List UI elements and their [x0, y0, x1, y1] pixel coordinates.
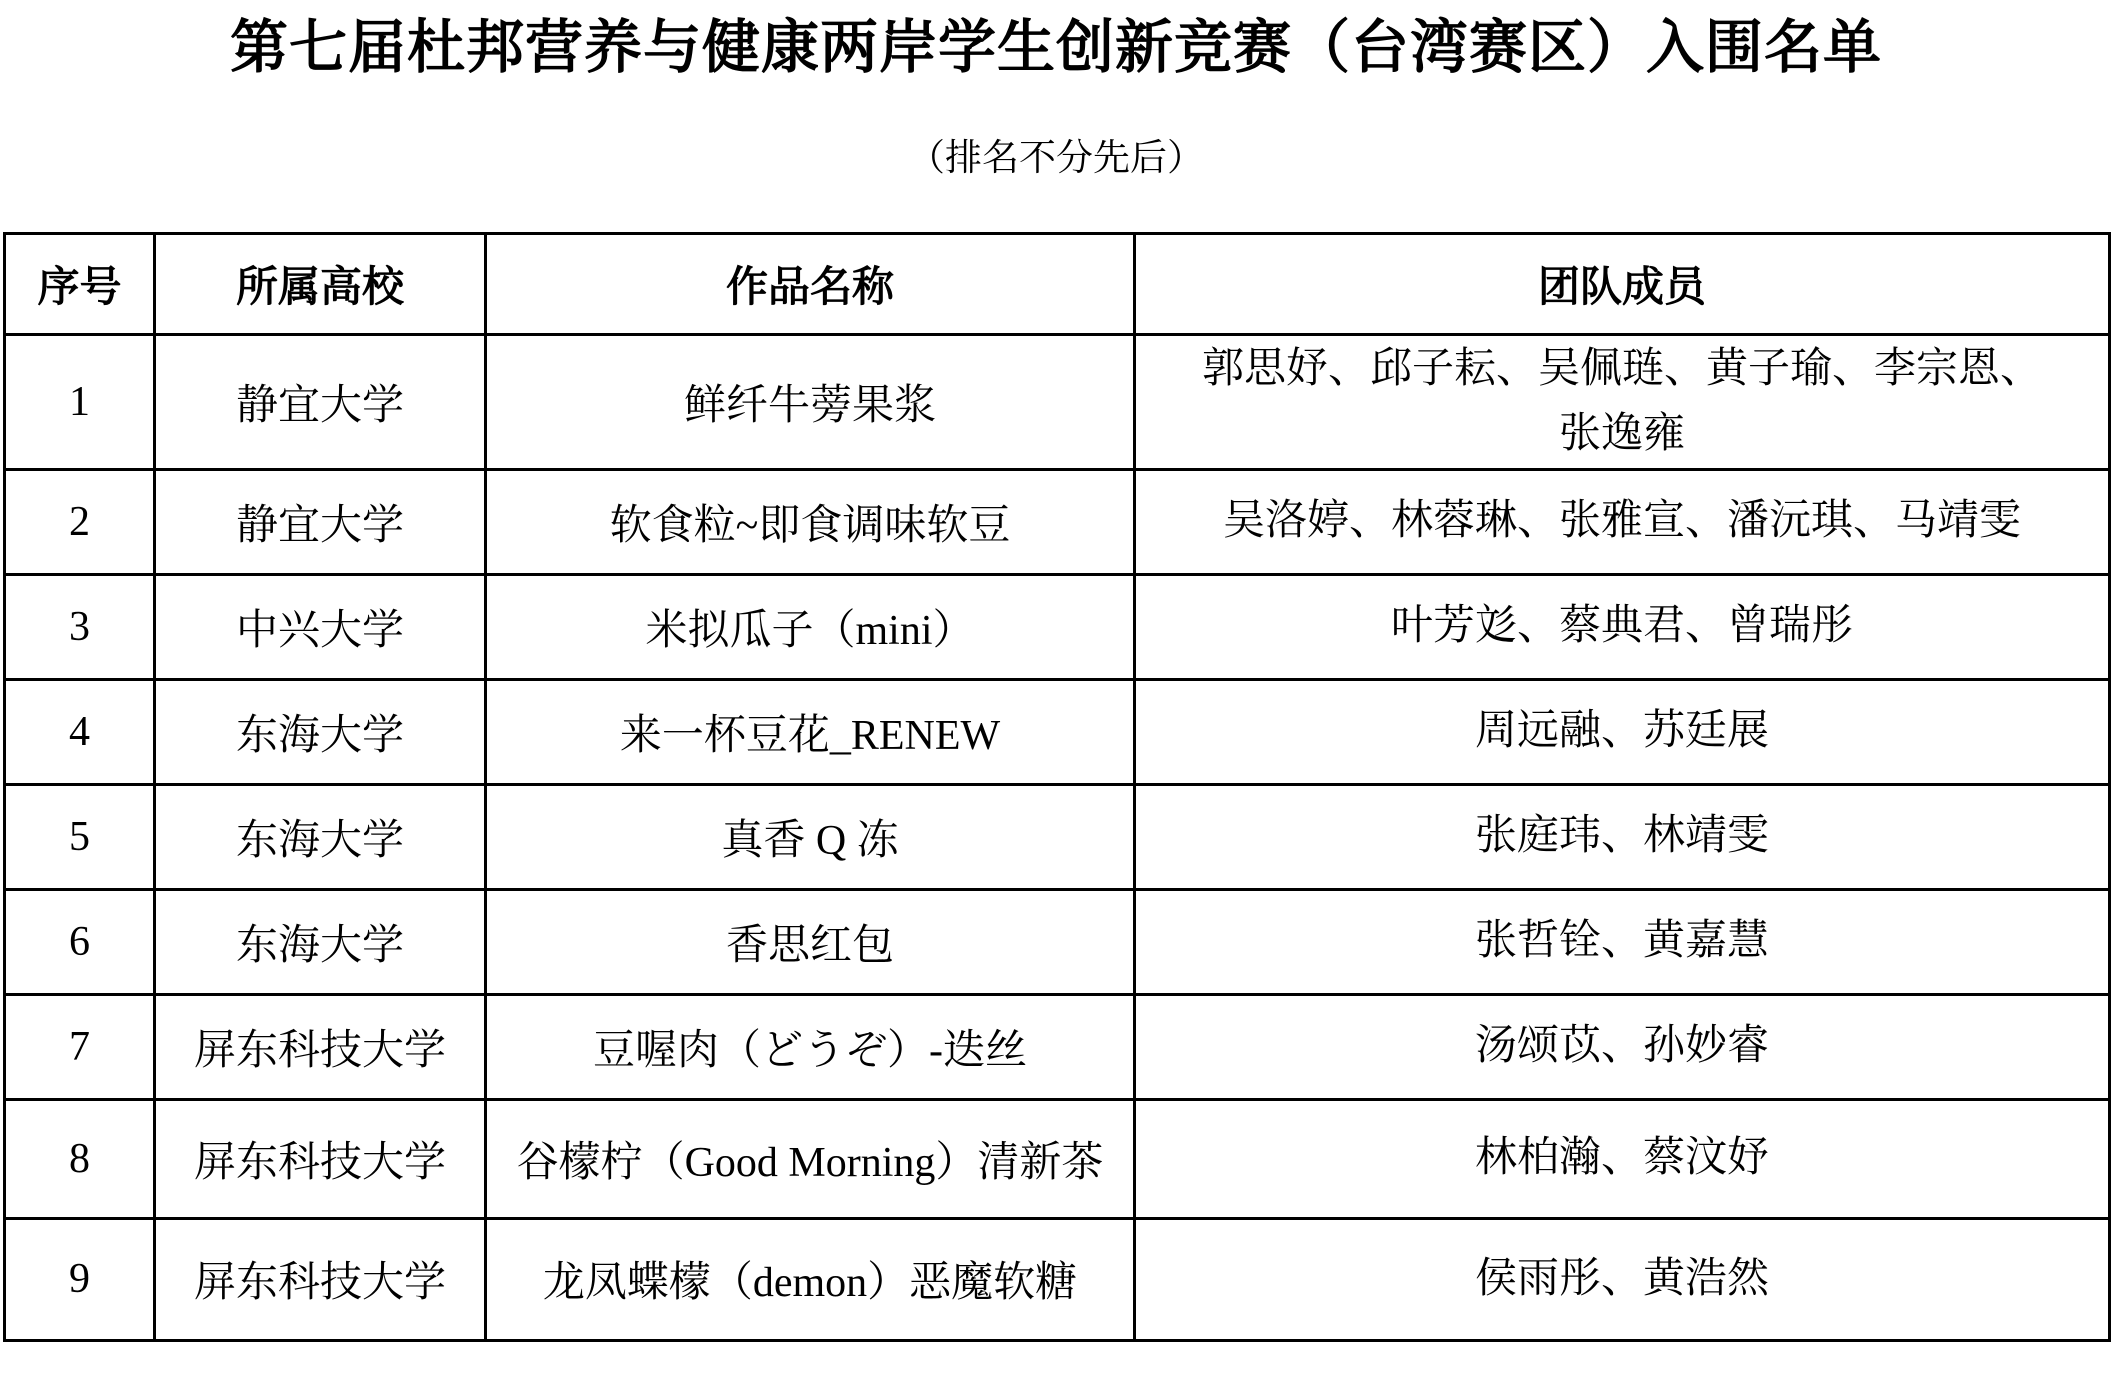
university-cell: 中兴大学 [155, 574, 486, 679]
team-members-cell: 林柏瀚、蔡汶妤 [1135, 1099, 2110, 1218]
work-name-cell: 来一杯豆花_RENEW [486, 679, 1135, 784]
table-row: 2 静宜大学 软食粒~即食调味软豆 吴洛婷、林蓉琳、张雅宣、潘沅琪、马靖雯 [5, 469, 2110, 574]
university-cell: 屏东科技大学 [155, 994, 486, 1099]
work-name-cell: 鲜纤牛蒡果浆 [486, 334, 1135, 469]
serial-number-cell: 9 [5, 1218, 155, 1340]
table-row: 8 屏东科技大学 谷檬柠（Good Morning）清新茶 林柏瀚、蔡汶妤 [5, 1099, 2110, 1218]
serial-number-cell: 3 [5, 574, 155, 679]
serial-number-cell: 6 [5, 889, 155, 994]
table-row: 4 东海大学 来一杯豆花_RENEW 周远融、苏廷展 [5, 679, 2110, 784]
page-subtitle: （排名不分先后） [0, 137, 2112, 181]
work-name-cell: 谷檬柠（Good Morning）清新茶 [486, 1099, 1135, 1218]
serial-number-cell: 1 [5, 334, 155, 469]
table-row: 7 屏东科技大学 豆喔肉（どうぞ）-迭丝 汤颂苡、孙妙睿 [5, 994, 2110, 1099]
serial-number-cell: 8 [5, 1099, 155, 1218]
university-cell: 东海大学 [155, 679, 486, 784]
table-row: 1 静宜大学 鲜纤牛蒡果浆 郭思妤、邱子耘、吴佩琏、黄子瑜、李宗恩、 张逸雍 [5, 334, 2110, 469]
header-team-members: 团队成员 [1135, 233, 2110, 334]
university-cell: 屏东科技大学 [155, 1099, 486, 1218]
university-cell: 静宜大学 [155, 334, 486, 469]
team-members-cell: 郭思妤、邱子耘、吴佩琏、黄子瑜、李宗恩、 张逸雍 [1135, 334, 2110, 469]
team-members-cell: 汤颂苡、孙妙睿 [1135, 994, 2110, 1099]
team-members-cell: 吴洛婷、林蓉琳、张雅宣、潘沅琪、马靖雯 [1135, 469, 2110, 574]
work-name-cell: 豆喔肉（どうぞ）-迭丝 [486, 994, 1135, 1099]
header-work-name: 作品名称 [486, 233, 1135, 334]
team-members-cell: 侯雨彤、黄浩然 [1135, 1218, 2110, 1340]
serial-number-cell: 5 [5, 784, 155, 889]
team-members-cell: 周远融、苏廷展 [1135, 679, 2110, 784]
work-name-cell: 香思红包 [486, 889, 1135, 994]
table-row: 9 屏东科技大学 龙凤蝶檬（demon）恶魔软糖 侯雨彤、黄浩然 [5, 1218, 2110, 1340]
table-header-row: 序号 所属高校 作品名称 团队成员 [5, 233, 2110, 334]
header-serial-number: 序号 [5, 233, 155, 334]
university-cell: 屏东科技大学 [155, 1218, 486, 1340]
university-cell: 静宜大学 [155, 469, 486, 574]
work-name-cell: 米拟瓜子（mini） [486, 574, 1135, 679]
serial-number-cell: 4 [5, 679, 155, 784]
table-row: 5 东海大学 真香 Q 冻 张庭玮、林靖雯 [5, 784, 2110, 889]
finalists-table: 序号 所属高校 作品名称 团队成员 1 静宜大学 鲜纤牛蒡果浆 郭思妤、邱子耘、… [3, 232, 2111, 1342]
table-row: 3 中兴大学 米拟瓜子（mini） 叶芳彣、蔡典君、曾瑞彤 [5, 574, 2110, 679]
serial-number-cell: 2 [5, 469, 155, 574]
team-members-cell: 张哲铨、黄嘉慧 [1135, 889, 2110, 994]
table-row: 6 东海大学 香思红包 张哲铨、黄嘉慧 [5, 889, 2110, 994]
work-name-cell: 真香 Q 冻 [486, 784, 1135, 889]
header-university: 所属高校 [155, 233, 486, 334]
team-members-cell: 叶芳彣、蔡典君、曾瑞彤 [1135, 574, 2110, 679]
serial-number-cell: 7 [5, 994, 155, 1099]
work-name-cell: 软食粒~即食调味软豆 [486, 469, 1135, 574]
work-name-cell: 龙凤蝶檬（demon）恶魔软糖 [486, 1218, 1135, 1340]
page-title: 第七届杜邦营养与健康两岸学生创新竞赛（台湾赛区）入围名单 [0, 10, 2112, 85]
university-cell: 东海大学 [155, 889, 486, 994]
team-members-cell: 张庭玮、林靖雯 [1135, 784, 2110, 889]
university-cell: 东海大学 [155, 784, 486, 889]
